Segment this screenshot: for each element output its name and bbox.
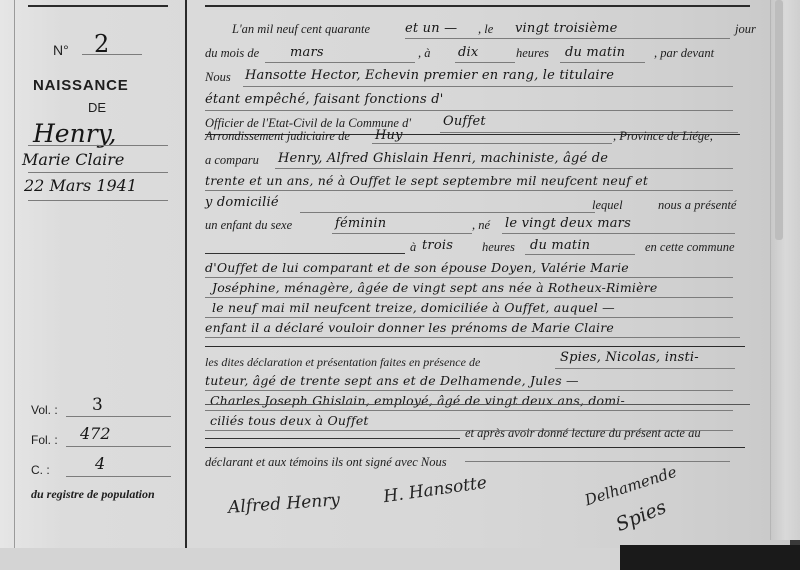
act-text: , Province de Liége,	[613, 129, 713, 144]
handwritten-mother-cont: le neuf mai mil neufcent treize, domicil…	[212, 300, 615, 315]
fill-line	[265, 62, 415, 63]
act-number-label: N°	[53, 42, 69, 58]
register-page: N° 2 NAISSANCE DE Henry, Marie Claire 22…	[0, 0, 790, 570]
fill-line	[243, 86, 733, 87]
handwritten-given-names: enfant il a déclaré vouloir donner les p…	[205, 320, 614, 335]
handwritten-parents: d'Ouffet de lui comparant et de son épou…	[205, 260, 629, 275]
handwritten-year: et un —	[405, 21, 457, 36]
fill-line	[205, 390, 733, 391]
bottom-page-strip	[0, 548, 620, 570]
handwritten-declarant: Henry, Alfred Ghislain Henri, machiniste…	[278, 151, 608, 166]
handwritten-domicile: y domicilié	[205, 195, 279, 210]
column-divider	[185, 0, 187, 570]
fill-line	[205, 190, 733, 191]
page-fold	[775, 0, 783, 240]
act-text: heures	[516, 46, 549, 61]
fill-line	[205, 277, 733, 278]
fill-line	[300, 212, 595, 213]
handwritten-witness2: Charles Joseph Ghislain, employé, âgé de…	[210, 393, 625, 408]
fill-line	[205, 110, 733, 111]
act-text: nous a présenté	[658, 198, 736, 213]
act-text: Arrondissement judiciaire de	[205, 129, 350, 144]
folio-underline	[66, 446, 171, 447]
act-type-title: NAISSANCE	[33, 77, 129, 94]
act-number-underline	[82, 54, 142, 55]
act-type-de: DE	[88, 100, 106, 115]
fill-line	[502, 233, 735, 234]
act-text: à	[410, 240, 416, 255]
signature-declarant: Alfred Henry	[227, 490, 340, 518]
fill-line	[465, 461, 730, 462]
act-text: un enfant du sexe	[205, 218, 292, 233]
handwritten-declarant-cont: trente et un ans, né à Ouffet le sept se…	[205, 173, 648, 188]
folio-value: 472	[80, 424, 111, 443]
fill-line	[455, 62, 515, 63]
fill-line	[372, 143, 612, 144]
handwritten-month: mars	[290, 45, 324, 60]
handwritten-witness1-cont: tuteur, âgé de trente sept ans et de Del…	[205, 373, 579, 388]
act-top-rule	[205, 5, 750, 7]
fill-line	[205, 410, 733, 411]
surname-underline	[28, 145, 168, 146]
background-shadow	[620, 545, 800, 570]
handwritten-period: du matin	[565, 45, 625, 60]
volume-underline	[66, 416, 171, 417]
act-text: , par devant	[654, 46, 714, 61]
handwritten-officer-cont: étant empêché, faisant fonctions d'	[205, 92, 444, 107]
handwritten-hour: dix	[458, 45, 478, 60]
act-text: , le	[478, 22, 493, 37]
handwritten-officer: Hansotte Hector, Echevin premier en rang…	[245, 68, 614, 83]
handwritten-birth-period: du matin	[530, 238, 590, 253]
act-text: et après avoir donné lecture du présent …	[465, 426, 701, 441]
section-rule	[205, 346, 745, 347]
fill-line	[205, 337, 740, 338]
child-given-names: Marie Claire	[22, 150, 124, 169]
handwritten-commune: Ouffet	[443, 114, 486, 129]
act-text: du mois de	[205, 46, 259, 61]
child-surname: Henry,	[33, 119, 116, 148]
act-text: L'an mil neuf cent quarante	[232, 22, 370, 37]
left-margin-rule	[14, 0, 15, 570]
margin-top-rule	[28, 5, 168, 7]
fill-line	[405, 38, 730, 39]
fill-line	[555, 368, 735, 369]
c-underline	[66, 476, 171, 477]
c-value: 4	[95, 454, 105, 473]
handwritten-witness1: Spies, Nicolas, insti-	[560, 350, 699, 365]
fill-line	[205, 297, 733, 298]
c-label: C. :	[31, 463, 50, 477]
handwritten-witnesses-domicile: ciliés tous deux à Ouffet	[210, 413, 369, 428]
act-text: les dites déclaration et présentation fa…	[205, 355, 480, 370]
act-text: a comparu	[205, 153, 259, 168]
date-underline	[28, 200, 168, 201]
volume-value: 3	[92, 395, 103, 415]
handwritten-day: vingt troisième	[515, 21, 618, 36]
act-text: heures	[482, 240, 515, 255]
folio-label: Fol. :	[31, 433, 58, 447]
handwritten-sex: féminin	[335, 216, 386, 231]
child-birth-date: 22 Mars 1941	[24, 176, 137, 195]
fill-line	[205, 253, 405, 254]
act-text: , à	[418, 46, 431, 61]
act-text: lequel	[592, 198, 623, 213]
handwritten-district: Huy	[375, 128, 403, 143]
fill-line	[332, 233, 472, 234]
act-text: déclarant et aux témoins ils ont signé a…	[205, 455, 447, 470]
signature-witness1: Delhamende	[583, 463, 679, 510]
handwritten-mother: Joséphine, ménagère, âgée de vingt sept …	[212, 280, 657, 295]
given-names-underline	[28, 172, 168, 173]
act-text: , né	[472, 218, 490, 233]
act-text: en cette commune	[645, 240, 735, 255]
handwritten-birth-hour: trois	[422, 238, 453, 253]
fill-line	[560, 62, 645, 63]
act-text: jour	[735, 22, 756, 37]
fill-line	[525, 254, 635, 255]
fill-line	[275, 168, 733, 169]
act-text: Nous	[205, 70, 231, 85]
volume-label: Vol. :	[31, 403, 58, 417]
signature-witness2: Spies	[613, 496, 670, 536]
section-rule	[205, 447, 745, 448]
fill-line	[205, 438, 460, 439]
fill-line	[205, 317, 733, 318]
signature-officer: H. Hansotte	[382, 473, 488, 507]
handwritten-birthdate: le vingt deux mars	[505, 216, 631, 231]
registry-note: du registre de population	[31, 487, 155, 502]
section-rule	[205, 404, 750, 405]
